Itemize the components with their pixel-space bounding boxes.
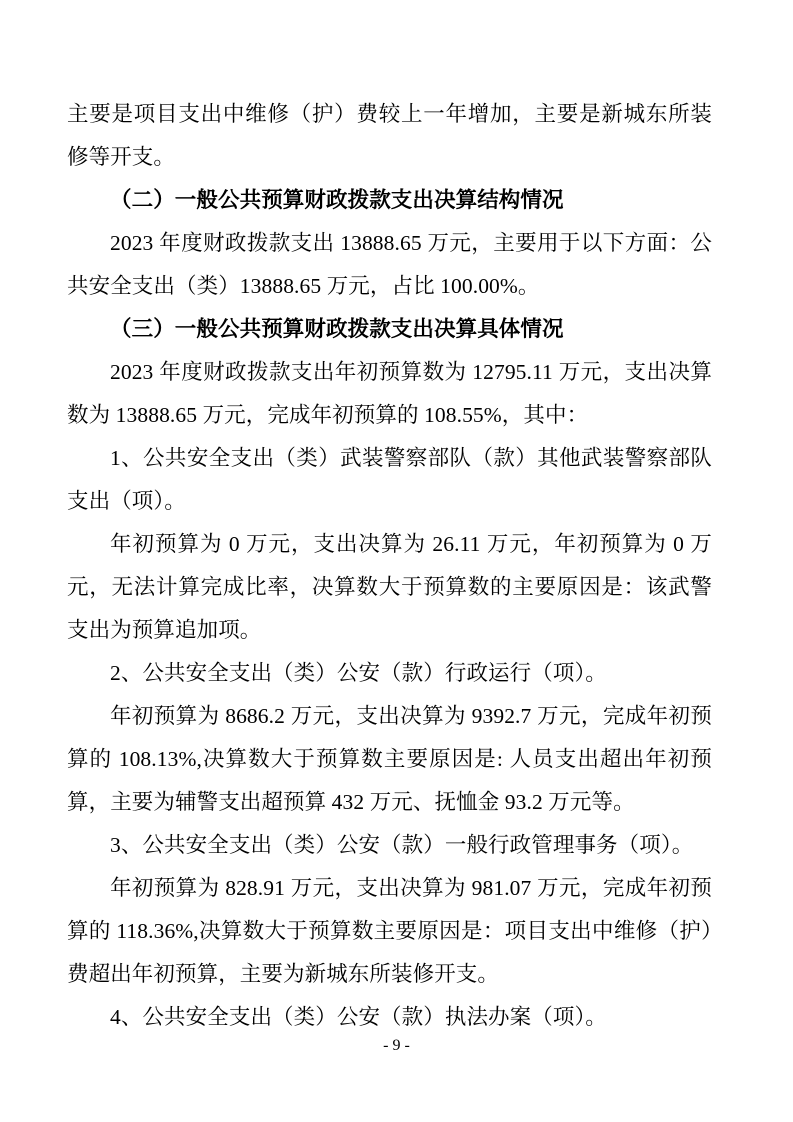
section-heading-2: （二）一般公共预算财政拨款支出决算结构情况	[67, 179, 712, 222]
paragraph: 年初预算为 828.91 万元，支出决算为 981.07 万元，完成年初预算的 …	[67, 867, 712, 996]
paragraph-item-3: 3、公共安全支出（类）公安（款）一般行政管理事务（项）。	[67, 824, 712, 867]
paragraph-continuation: 主要是项目支出中维修（护）费较上一年增加，主要是新城东所装修等开支。	[67, 93, 712, 179]
paragraph-item-4: 4、公共安全支出（类）公安（款）执法办案（项）。	[67, 996, 712, 1039]
paragraph: 2023 年度财政拨款支出 13888.65 万元，主要用于以下方面：公共安全支…	[67, 222, 712, 308]
paragraph-item-2: 2、公共安全支出（类）公安（款）行政运行（项）。	[67, 652, 712, 695]
document-page: 主要是项目支出中维修（护）费较上一年增加，主要是新城东所装修等开支。 （二）一般…	[0, 0, 793, 1122]
paragraph-item-1: 1、公共安全支出（类）武装警察部队（款）其他武装警察部队支出（项）。	[67, 437, 712, 523]
page-number: - 9 -	[0, 1036, 793, 1056]
document-body: 主要是项目支出中维修（护）费较上一年增加，主要是新城东所装修等开支。 （二）一般…	[67, 93, 712, 1039]
paragraph: 2023 年度财政拨款支出年初预算数为 12795.11 万元，支出决算数为 1…	[67, 351, 712, 437]
paragraph: 年初预算为 0 万元，支出决算为 26.11 万元，年初预算为 0 万元，无法计…	[67, 523, 712, 652]
paragraph: 年初预算为 8686.2 万元，支出决算为 9392.7 万元，完成年初预算的 …	[67, 695, 712, 824]
section-heading-3: （三）一般公共预算财政拨款支出决算具体情况	[67, 308, 712, 351]
